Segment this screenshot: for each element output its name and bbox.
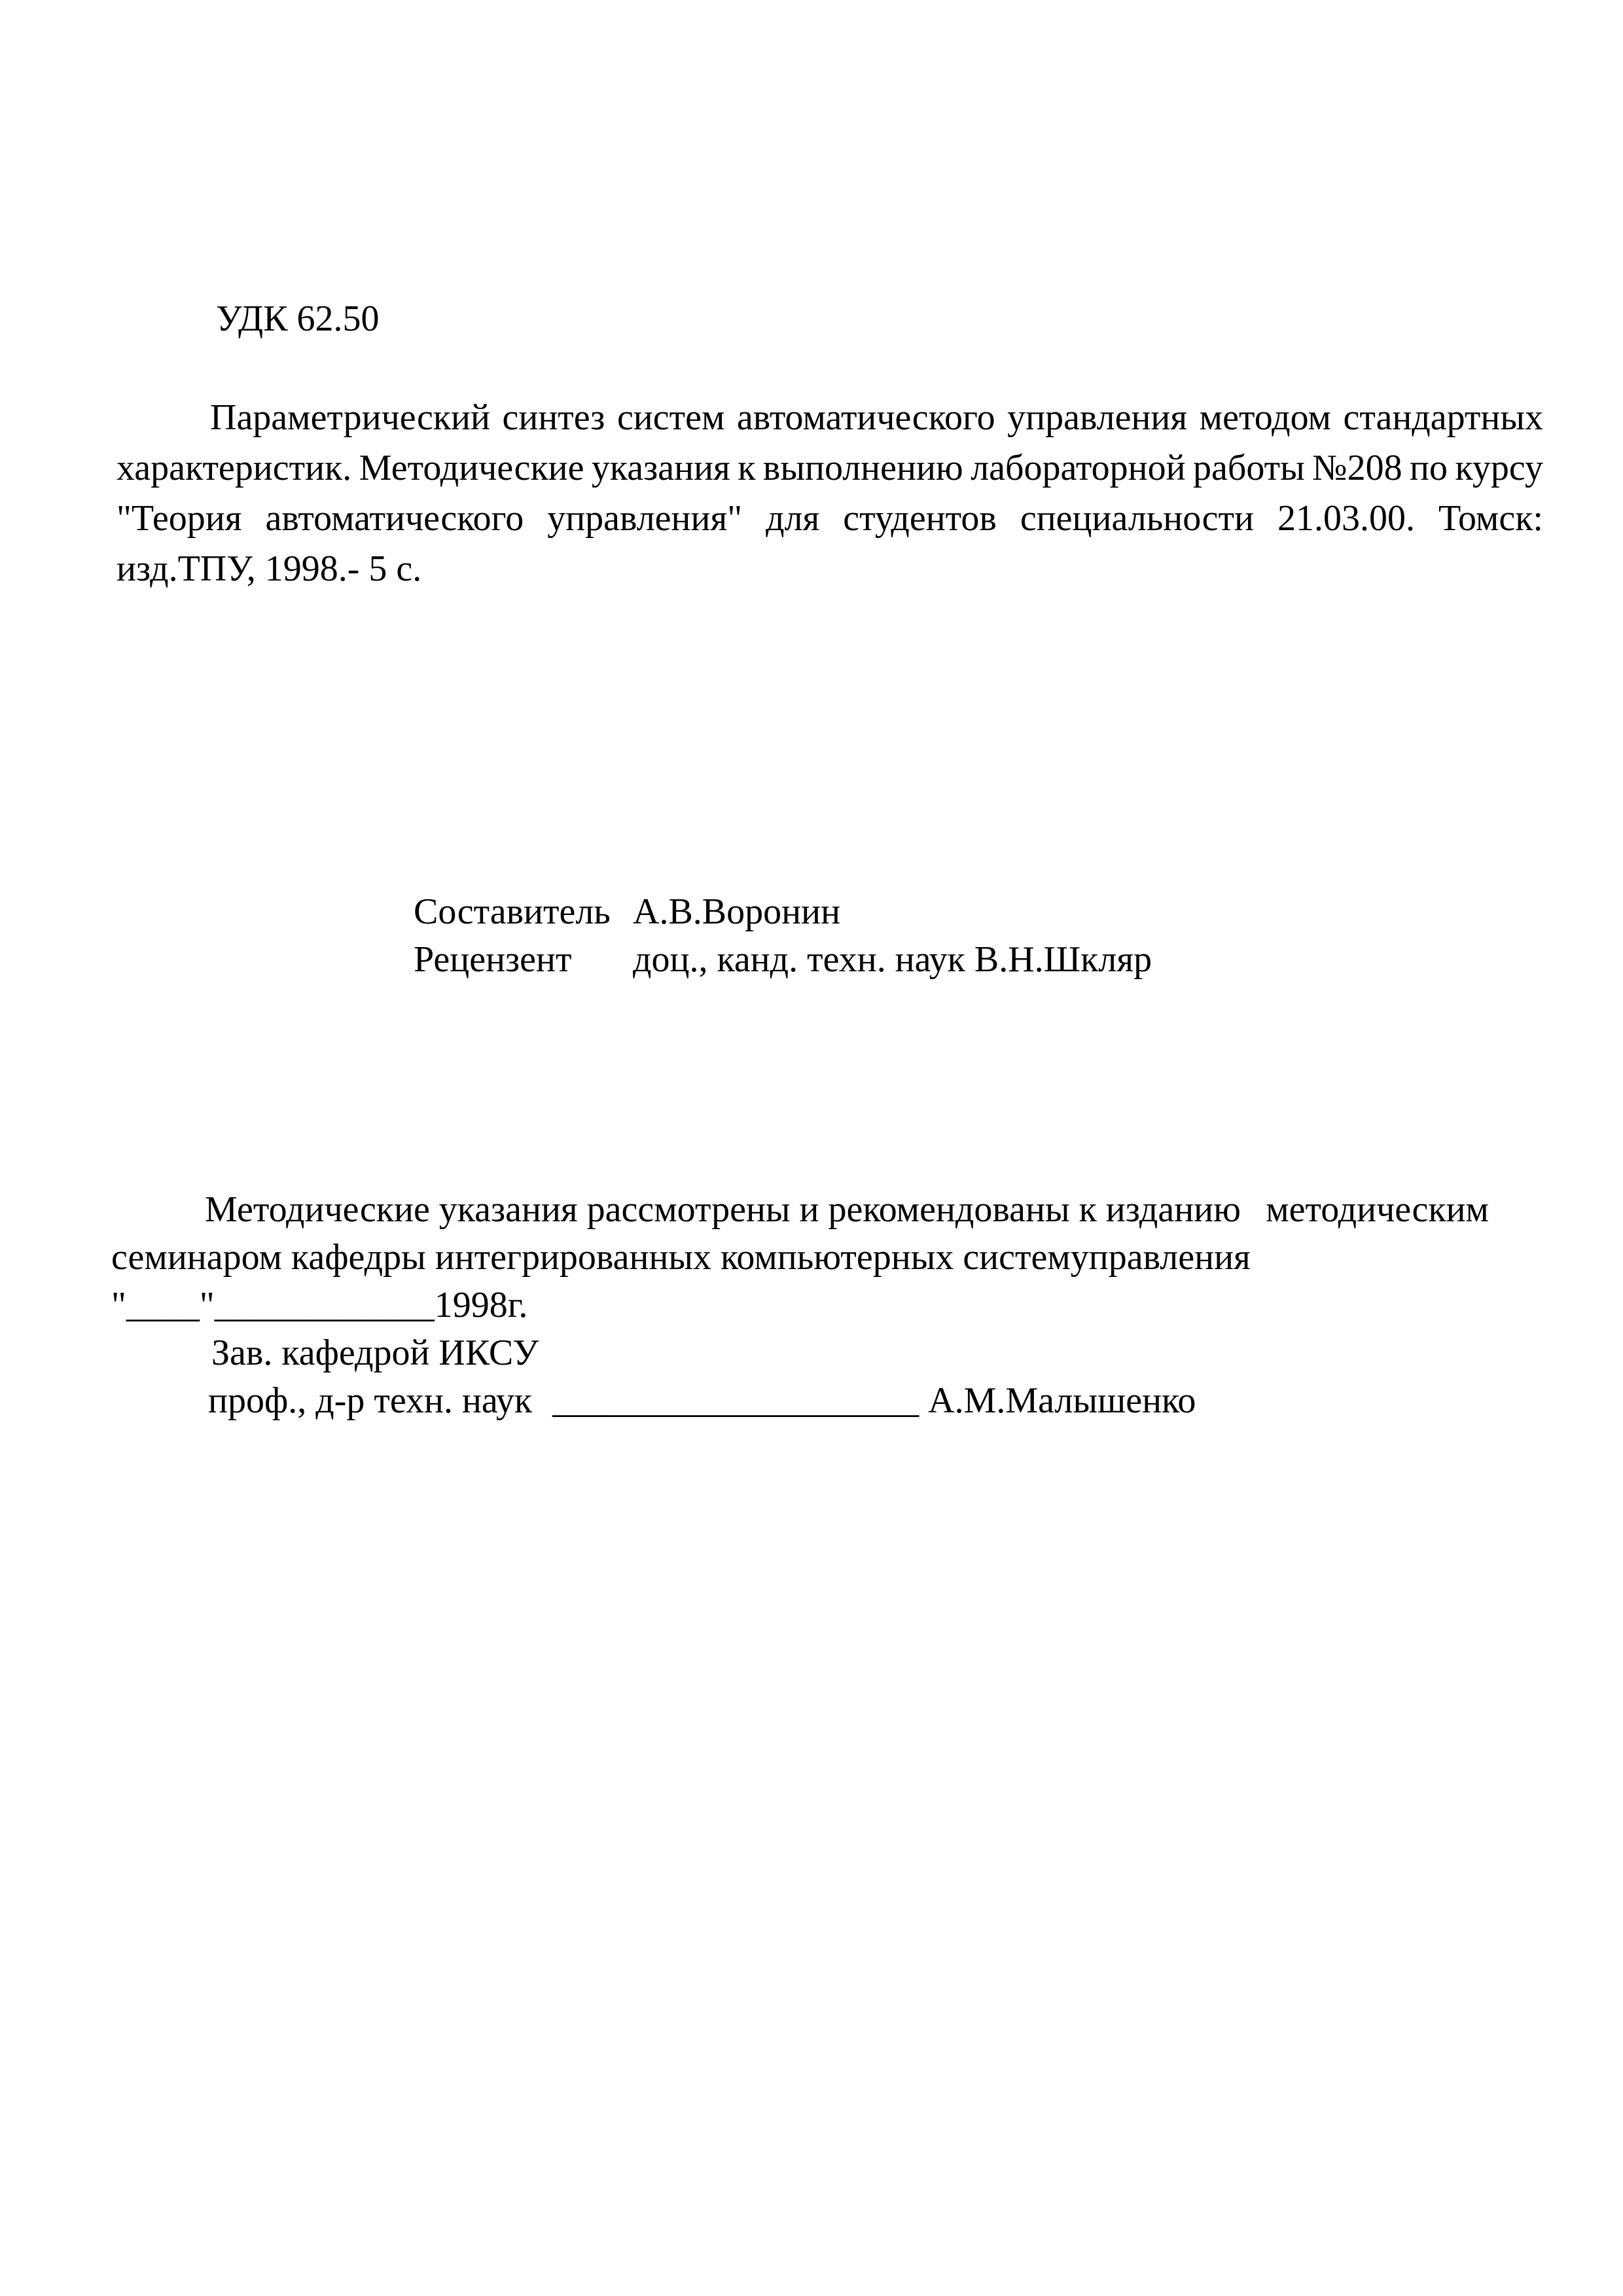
document-page: УДК 62.50 Параметрическийсинтезсистемавт… [0,0,1623,2296]
word: по [1410,443,1448,493]
annotation-line-2: характеристик.Методическиеуказанияквыпол… [116,443,1543,493]
approval-date-blank-line: "____"____________1998г. [111,1282,1489,1329]
word: студентов [843,493,997,544]
word: систем [617,393,724,443]
annotation-line-3: "Теорияавтоматическогоуправления"длястуд… [116,493,1543,544]
word: Томск: [1438,493,1543,544]
annotation-paragraph: Параметрическийсинтезсистемавтоматическо… [116,393,1543,594]
word: работы [1193,443,1305,493]
word: выполнению [763,443,963,493]
word: лабораторной [971,443,1185,493]
word: Методические [359,443,584,493]
signature-title: проф., д-р техн. наук [208,1380,532,1421]
approval-line-1: Методические указания рассмотрены и реко… [111,1186,1489,1234]
signature-line: проф., д-р техн. наук __________________… [111,1377,1489,1425]
word: управления" [547,493,742,544]
word: Параметрический [210,393,490,443]
word: курсу [1455,443,1543,493]
annotation-line-1: Параметрическийсинтезсистемавтоматическо… [116,393,1543,443]
word: указания [592,443,730,493]
approval-line-1-right: методическим [1266,1186,1489,1234]
word: методом [1200,393,1331,443]
approval-line-2: семинаром кафедры интегрированных компью… [111,1234,1211,1282]
annotation-line-4: изд.ТПУ, 1998.- 5 с. [116,544,1543,594]
approval-line-2-left: семинаром кафедры интегрированных компью… [111,1234,1071,1282]
udc-code: УДК 62.50 [216,298,380,340]
word: автоматического [266,493,524,544]
approval-block: Методические указания рассмотрены и реко… [111,1186,1489,1425]
credits-block: Составитель А.В.Воронин Рецензент доц., … [414,888,1152,984]
signature-name: А.М.Малышенко [928,1380,1196,1421]
word: для [766,493,819,544]
reviewer-name: доц., канд. техн. наук В.Н.Шкляр [633,936,1152,984]
word: "Теория [116,493,242,544]
approval-line-2-right: управления [1071,1234,1251,1282]
word: характеристик. [116,443,351,493]
word: к [738,443,755,493]
word: автоматического [737,393,995,443]
signature-blank: ____________________ [552,1380,919,1421]
word: 21.03.00. [1277,493,1415,544]
word: стандартных [1343,393,1543,443]
reviewer-label: Рецензент [414,936,633,984]
word: управления [1007,393,1187,443]
department-head-line: Зав. кафедрой ИКСУ [111,1329,1489,1377]
compiler-label: Составитель [414,888,633,936]
word: №208 [1312,443,1402,493]
compiler-name: А.В.Воронин [633,888,1152,936]
word: синтез [503,393,605,443]
approval-line-1-left: Методические указания рассмотрены и реко… [205,1186,1241,1234]
word: специальности [1020,493,1254,544]
